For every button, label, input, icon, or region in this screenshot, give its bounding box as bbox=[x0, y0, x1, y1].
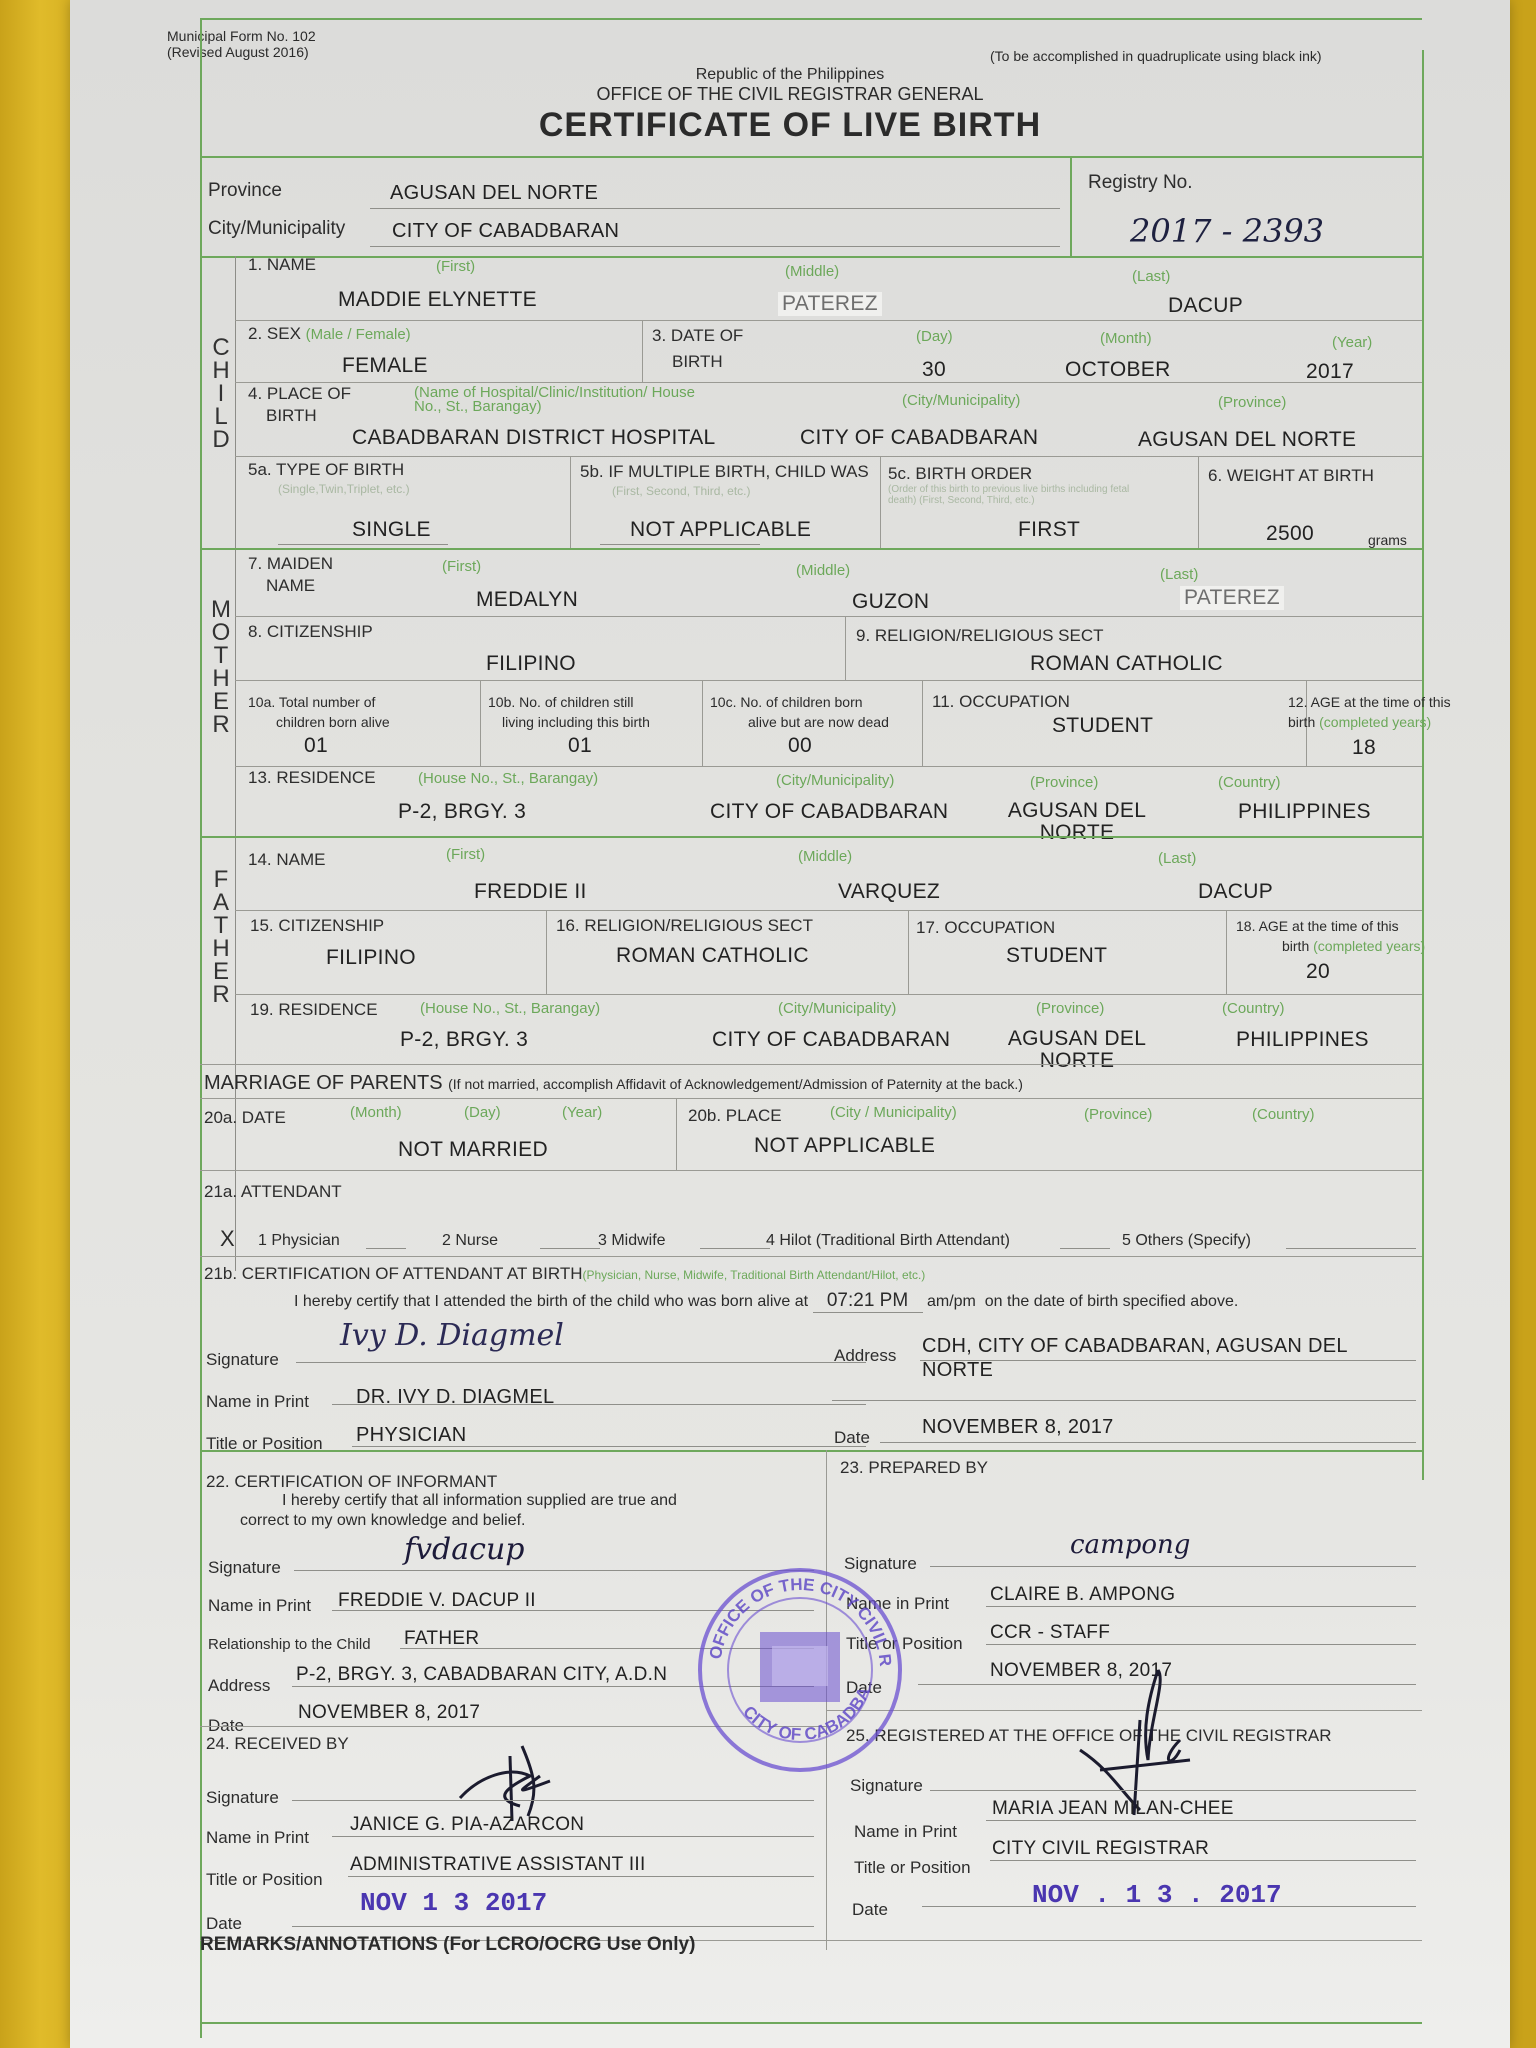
marriage-place[interactable]: NOT APPLICABLE bbox=[754, 1134, 935, 1158]
city-label: City/Municipality bbox=[208, 218, 345, 240]
city-value[interactable]: CITY OF CABADBARAN bbox=[392, 220, 619, 243]
cert-text: I hereby certify that I attended the bir… bbox=[294, 1293, 808, 1310]
father-last-name[interactable]: DACUP bbox=[1198, 880, 1273, 904]
marriage-note: (If not married, accomplish Affidavit of… bbox=[448, 1076, 1023, 1092]
dob-label-2: BIRTH bbox=[672, 352, 723, 372]
hint-multiple: (First, Second, Third, etc.) bbox=[612, 484, 751, 498]
col-line bbox=[676, 1098, 677, 1170]
attendant-signature-label: Signature bbox=[206, 1350, 279, 1370]
father-res-province[interactable]: AGUSAN DEL NORTE bbox=[1002, 1028, 1152, 1072]
received-label: 24. RECEIVED BY bbox=[206, 1734, 349, 1754]
hint-sex: (Male / Female) bbox=[306, 326, 411, 343]
col-line bbox=[546, 910, 547, 994]
attendant-address-label: Address bbox=[834, 1346, 896, 1366]
hint-city: (City/Municipality) bbox=[776, 772, 894, 789]
hint-first: (First) bbox=[446, 846, 485, 863]
divider-header bbox=[200, 156, 1422, 158]
hint-completed-years: (completed years) bbox=[1313, 938, 1425, 954]
province-line bbox=[370, 208, 1060, 209]
mother-res-country[interactable]: PHILIPPINES bbox=[1238, 800, 1371, 824]
row-line bbox=[235, 456, 1422, 457]
marriage-date-label: 20a. DATE bbox=[204, 1108, 286, 1128]
registered-name[interactable]: MARIA JEAN MILAN-CHEE bbox=[992, 1798, 1234, 1820]
hint-last: (Last) bbox=[1160, 566, 1198, 583]
registered-title-label: Title or Position bbox=[854, 1858, 971, 1878]
informant-date[interactable]: NOVEMBER 8, 2017 bbox=[298, 1702, 480, 1724]
address-line-2: NORTE bbox=[922, 1358, 1348, 1382]
child-birth-day[interactable]: 30 bbox=[922, 358, 946, 382]
page-title: CERTIFICATE OF LIVE BIRTH bbox=[70, 106, 1510, 145]
father-age[interactable]: 20 bbox=[1306, 960, 1330, 984]
c10a-label-2: children born alive bbox=[248, 712, 390, 732]
sex-label-text: 2. SEX bbox=[248, 324, 301, 343]
row-line bbox=[235, 616, 1422, 617]
attendant-name[interactable]: DR. IVY D. DIAGMEL bbox=[356, 1386, 554, 1409]
relationship-label: Relationship to the Child bbox=[208, 1636, 371, 1653]
received-date-label: Date bbox=[206, 1914, 242, 1934]
hint-city: (City / Municipality) bbox=[830, 1104, 957, 1121]
title-line bbox=[990, 1860, 1416, 1861]
c10b-label-1: 10b. No. of children still bbox=[488, 692, 650, 712]
received-signature[interactable] bbox=[450, 1736, 560, 1826]
attendant-option-nurse[interactable]: 2 Nurse bbox=[442, 1232, 498, 1250]
hint-city: (City/Municipality) bbox=[902, 392, 1020, 409]
mother-last-name[interactable]: PATEREZ bbox=[1180, 586, 1284, 610]
pob-label: 4. PLACE OF bbox=[248, 384, 351, 404]
birth-order[interactable]: FIRST bbox=[1018, 518, 1080, 542]
hint-province: (Province) bbox=[1084, 1106, 1152, 1123]
option-line bbox=[540, 1248, 600, 1249]
attendant-mark[interactable]: X bbox=[220, 1226, 235, 1252]
mother-first-name[interactable]: MEDALYN bbox=[476, 588, 578, 612]
father-age-label: 18. AGE at the time of this birth (compl… bbox=[1236, 916, 1425, 956]
section-label-child: CHILD bbox=[210, 336, 232, 451]
attendant-date-label: Date bbox=[834, 1428, 870, 1448]
hint-completed-years: (completed years) bbox=[1319, 714, 1431, 730]
marriage-place-label: 20b. PLACE bbox=[688, 1106, 782, 1126]
col-line bbox=[1198, 456, 1199, 548]
province-value[interactable]: AGUSAN DEL NORTE bbox=[390, 182, 598, 205]
marriage-heading: MARRIAGE OF PARENTS (If not married, acc… bbox=[204, 1072, 1023, 1095]
attendant-cert-text: I hereby certify that I attended the bir… bbox=[294, 1290, 1238, 1313]
col-line bbox=[1226, 910, 1227, 994]
hint-middle: (Middle) bbox=[785, 263, 839, 280]
marriage-heading-text: MARRIAGE OF PARENTS bbox=[204, 1072, 443, 1094]
row-line bbox=[200, 1256, 1422, 1257]
informant-address[interactable]: P-2, BRGY. 3, CABADBARAN CITY, A.D.N bbox=[296, 1664, 667, 1686]
form-number: Municipal Form No. 102 (Revised August 2… bbox=[167, 28, 316, 60]
col-line bbox=[880, 456, 881, 548]
children-dead[interactable]: 00 bbox=[788, 734, 812, 758]
address-line-1: CDH, CITY OF CABADBARAN, AGUSAN DEL bbox=[922, 1334, 1348, 1358]
col-line bbox=[908, 910, 909, 994]
others-line bbox=[1286, 1248, 1416, 1249]
cert-label-text: 21b. CERTIFICATION OF ATTENDANT AT BIRTH bbox=[204, 1264, 582, 1283]
multiple-line bbox=[600, 544, 760, 545]
informant-text-2: correct to my own knowledge and belief. bbox=[240, 1512, 525, 1530]
republic-heading: Republic of the Philippines bbox=[70, 66, 1510, 84]
attendant-date[interactable]: NOVEMBER 8, 2017 bbox=[922, 1416, 1114, 1439]
prepared-name[interactable]: CLAIRE B. AMPONG bbox=[990, 1584, 1175, 1606]
civil-registrar-seal: OFFICE OF THE CITY CIVIL REGISTRAR CITY … bbox=[690, 1560, 910, 1780]
col-line bbox=[702, 680, 703, 766]
attendant-signature[interactable]: Ivy D. Diagmel bbox=[340, 1318, 564, 1353]
hint-year: (Year) bbox=[562, 1104, 602, 1121]
birth-order-label: 5c. BIRTH ORDER bbox=[888, 464, 1032, 484]
birth-time[interactable]: 07:21 PM bbox=[813, 1290, 923, 1313]
type-of-birth-label: 5a. TYPE OF BIRTH bbox=[248, 460, 404, 480]
age-label-2: birth bbox=[1288, 714, 1315, 730]
name-line bbox=[986, 1606, 1416, 1607]
children-born-alive[interactable]: 01 bbox=[304, 734, 328, 758]
children-living[interactable]: 01 bbox=[568, 734, 592, 758]
col-line bbox=[570, 456, 571, 548]
col-line bbox=[922, 680, 923, 766]
hint-country: (Country) bbox=[1218, 774, 1281, 791]
mother-age[interactable]: 18 bbox=[1352, 736, 1376, 760]
age-label-1: 18. AGE at the time of this bbox=[1236, 916, 1425, 936]
prepared-label: 23. PREPARED BY bbox=[840, 1458, 988, 1478]
ampm-text: am/pm bbox=[927, 1293, 976, 1310]
row-line bbox=[235, 320, 1422, 321]
father-occupation[interactable]: STUDENT bbox=[1006, 944, 1107, 968]
divider-father-top bbox=[200, 836, 1422, 838]
border-bottom bbox=[200, 2022, 1422, 2024]
birth-province[interactable]: AGUSAN DEL NORTE bbox=[1138, 428, 1356, 452]
child-sex[interactable]: FEMALE bbox=[342, 354, 428, 378]
remarks-label: REMARKS/ANNOTATIONS (For LCRO/OCRG Use O… bbox=[200, 1934, 695, 1956]
attendant-title[interactable]: PHYSICIAN bbox=[356, 1424, 467, 1447]
sex-label: 2. SEX (Male / Female) bbox=[248, 324, 411, 344]
received-title-label: Title or Position bbox=[206, 1870, 323, 1890]
father-res-city[interactable]: CITY OF CABADBARAN bbox=[712, 1028, 950, 1052]
hint-province: (Province) bbox=[1030, 774, 1098, 791]
father-religion-label: 16. RELIGION/RELIGIOUS SECT bbox=[556, 916, 813, 936]
type-of-birth[interactable]: SINGLE bbox=[352, 518, 431, 542]
attendant-option-others[interactable]: 5 Others (Specify) bbox=[1122, 1232, 1251, 1250]
attendant-address[interactable]: CDH, CITY OF CABADBARAN, AGUSAN DEL NORT… bbox=[922, 1334, 1348, 1382]
registered-signature[interactable] bbox=[1030, 1660, 1210, 1820]
child-birth-year[interactable]: 2017 bbox=[1306, 360, 1354, 384]
attendant-option-physician[interactable]: 1 Physician bbox=[258, 1232, 340, 1250]
mother-occupation[interactable]: STUDENT bbox=[1052, 714, 1153, 738]
attendant-label: 21a. ATTENDANT bbox=[204, 1182, 342, 1202]
child-last-name[interactable]: DACUP bbox=[1168, 294, 1243, 318]
informant-relationship[interactable]: FATHER bbox=[404, 1628, 479, 1650]
row-line bbox=[200, 1170, 1422, 1171]
signature-line bbox=[292, 1800, 814, 1801]
informant-address-label: Address bbox=[208, 1676, 270, 1696]
dob-label: 3. DATE OF bbox=[652, 326, 743, 346]
hint-year: (Year) bbox=[1332, 334, 1372, 351]
col-line bbox=[845, 616, 846, 680]
divider-mother-top bbox=[200, 548, 1422, 550]
title-line bbox=[352, 1446, 866, 1447]
multiple-birth-label: 5b. IF MULTIPLE BIRTH, CHILD WAS bbox=[580, 462, 869, 482]
father-citizenship-label: 15. CITIZENSHIP bbox=[250, 916, 384, 936]
date-line bbox=[880, 1442, 1416, 1443]
province-label: Province bbox=[208, 180, 282, 202]
informant-label: 22. CERTIFICATION OF INFORMANT bbox=[206, 1472, 497, 1492]
pob-label-2: BIRTH bbox=[266, 406, 317, 426]
section-label-father: FATHER bbox=[210, 868, 232, 1006]
hint-last: (Last) bbox=[1158, 850, 1196, 867]
hint-first: (First) bbox=[436, 258, 475, 275]
hint-last: (Last) bbox=[1132, 268, 1170, 285]
father-name-label: 14. NAME bbox=[248, 850, 325, 870]
informant-signature[interactable]: fvdacup bbox=[404, 1532, 524, 1567]
registered-title[interactable]: CITY CIVIL REGISTRAR bbox=[992, 1838, 1209, 1860]
hint-house: (House No., St., Barangay) bbox=[420, 1000, 600, 1017]
hint-day: (Day) bbox=[464, 1104, 501, 1121]
row-line bbox=[235, 680, 1422, 681]
hint-middle: (Middle) bbox=[796, 562, 850, 579]
attendant-option-midwife[interactable]: 3 Midwife bbox=[598, 1232, 666, 1250]
type-line bbox=[278, 544, 448, 545]
registered-date-label: Date bbox=[852, 1900, 888, 1920]
prepared-signature[interactable]: campong bbox=[1070, 1530, 1190, 1560]
received-name[interactable]: JANICE G. PIA-AZARCON bbox=[350, 1814, 584, 1836]
child-name-label: 1. NAME bbox=[248, 255, 316, 275]
col-line bbox=[480, 680, 481, 766]
title-line bbox=[348, 1876, 814, 1877]
c10a-label: 10a. Total number of children born alive bbox=[248, 692, 390, 732]
c10c-label-2: alive but are now dead bbox=[710, 712, 889, 732]
father-res-country[interactable]: PHILIPPINES bbox=[1236, 1028, 1369, 1052]
received-signature-label: Signature bbox=[206, 1788, 279, 1808]
c10c-label: 10c. No. of children born alive but are … bbox=[710, 692, 889, 732]
divider-22 bbox=[200, 1450, 1422, 1452]
divider-child-top bbox=[200, 256, 1422, 258]
hint-first: (First) bbox=[442, 558, 481, 575]
c10c-label-1: 10c. No. of children born bbox=[710, 692, 889, 712]
certificate-document: Municipal Form No. 102 (Revised August 2… bbox=[70, 0, 1510, 2048]
hint-day: (Day) bbox=[916, 328, 953, 345]
received-name-label: Name in Print bbox=[206, 1828, 309, 1848]
marriage-date[interactable]: NOT MARRIED bbox=[398, 1138, 548, 1162]
border-right bbox=[1422, 50, 1424, 1480]
border-top bbox=[200, 18, 1422, 20]
address-line-b bbox=[832, 1400, 1416, 1401]
attendant-option-hilot[interactable]: 4 Hilot (Traditional Birth Attendant) bbox=[766, 1232, 1010, 1250]
age-label-2: birth bbox=[1282, 938, 1309, 954]
registry-number[interactable]: 2017 - 2393 bbox=[1130, 212, 1324, 250]
cert-tail: on the date of birth specified above. bbox=[985, 1293, 1239, 1310]
mother-citizenship[interactable]: FILIPINO bbox=[486, 652, 576, 676]
row-line bbox=[235, 382, 1422, 383]
c10b-label-2: living including this birth bbox=[488, 712, 650, 732]
row-line bbox=[235, 766, 1422, 767]
title-line bbox=[986, 1644, 1416, 1645]
date-line bbox=[922, 1906, 1416, 1907]
weight-label: 6. WEIGHT AT BIRTH bbox=[1208, 466, 1374, 486]
father-residence-label: 19. RESIDENCE bbox=[250, 1000, 378, 1020]
mother-religion[interactable]: ROMAN CATHOLIC bbox=[1030, 652, 1223, 676]
form-no-text: Municipal Form No. 102 bbox=[167, 28, 316, 44]
hint-country: (Country) bbox=[1252, 1106, 1315, 1123]
registry-divider bbox=[1070, 156, 1072, 256]
mother-name-label-2: NAME bbox=[266, 576, 315, 596]
name-line bbox=[986, 1820, 1416, 1821]
option-line bbox=[366, 1248, 406, 1249]
c10a-label-1: 10a. Total number of bbox=[248, 692, 390, 712]
name-line bbox=[332, 1836, 814, 1837]
option-line bbox=[700, 1248, 770, 1249]
option-line bbox=[1060, 1248, 1110, 1249]
hint-type: (Single,Twin,Triplet, etc.) bbox=[278, 482, 410, 496]
row-line bbox=[200, 1098, 1422, 1099]
registry-label: Registry No. bbox=[1088, 172, 1193, 194]
address-line bbox=[920, 1360, 1416, 1361]
name-line bbox=[332, 1404, 866, 1405]
hint-month: (Month) bbox=[1100, 330, 1152, 347]
border-left bbox=[200, 18, 202, 2038]
child-middle-name[interactable]: PATEREZ bbox=[778, 292, 882, 316]
c10b-label: 10b. No. of children still living includ… bbox=[488, 692, 650, 732]
informant-name-label: Name in Print bbox=[208, 1596, 311, 1616]
row-line bbox=[235, 910, 1422, 911]
child-first-name[interactable]: MADDIE ELYNETTE bbox=[338, 288, 537, 312]
prepared-title[interactable]: CCR - STAFF bbox=[990, 1622, 1110, 1644]
section-label-mother: MOTHER bbox=[210, 598, 232, 736]
hint-attendant-types: (Physician, Nurse, Midwife, Traditional … bbox=[582, 1268, 925, 1282]
attendant-name-label: Name in Print bbox=[206, 1392, 309, 1412]
mother-citizenship-label: 8. CITIZENSHIP bbox=[248, 622, 373, 642]
hint-month: (Month) bbox=[350, 1104, 402, 1121]
father-middle-name[interactable]: VARQUEZ bbox=[838, 880, 940, 904]
hint-province: (Province) bbox=[1036, 1000, 1104, 1017]
mother-name-label: 7. MAIDEN bbox=[248, 554, 333, 574]
mother-middle-name[interactable]: GUZON bbox=[852, 590, 929, 614]
weight-unit: grams bbox=[1368, 532, 1407, 548]
received-title[interactable]: ADMINISTRATIVE ASSISTANT III bbox=[350, 1854, 646, 1876]
birth-city[interactable]: CITY OF CABADBARAN bbox=[800, 426, 1038, 450]
attendant-cert-label: 21b. CERTIFICATION OF ATTENDANT AT BIRTH… bbox=[204, 1264, 925, 1284]
row-line bbox=[200, 1064, 1422, 1065]
father-res-house[interactable]: P-2, BRGY. 3 bbox=[400, 1028, 528, 1052]
mother-age-label: 12. AGE at the time of this birth (compl… bbox=[1318, 692, 1416, 732]
mother-res-house[interactable]: P-2, BRGY. 3 bbox=[398, 800, 526, 824]
date-line bbox=[292, 1926, 814, 1927]
col-line bbox=[642, 320, 643, 382]
hint-house: (House No., St., Barangay) bbox=[418, 770, 598, 787]
received-date-stamp[interactable]: NOV 1 3 2017 bbox=[360, 1888, 547, 1918]
hint-middle: (Middle) bbox=[798, 848, 852, 865]
mother-occupation-label: 11. OCCUPATION bbox=[932, 692, 1070, 712]
informant-signature-label: Signature bbox=[208, 1558, 281, 1578]
birth-hospital[interactable]: CABADBARAN DISTRICT HOSPITAL bbox=[352, 426, 716, 450]
city-line bbox=[370, 246, 1060, 247]
hint-province: (Province) bbox=[1218, 394, 1286, 411]
hint-order: (Order of this birth to previous live bi… bbox=[888, 484, 1148, 506]
mother-res-city[interactable]: CITY OF CABADBARAN bbox=[710, 800, 948, 824]
child-birth-month[interactable]: OCTOBER bbox=[1065, 358, 1171, 382]
birth-weight[interactable]: 2500 bbox=[1266, 522, 1314, 546]
signature-line bbox=[296, 1362, 866, 1363]
age-label-1: 12. AGE at the time of this bbox=[1288, 692, 1416, 712]
row-line bbox=[235, 994, 1422, 995]
hint-city: (City/Municipality) bbox=[778, 1000, 896, 1017]
hint-hospital: (Name of Hospital/Clinic/Institution/ Ho… bbox=[414, 386, 704, 414]
revised-text: (Revised August 2016) bbox=[167, 44, 316, 60]
father-first-name[interactable]: FREDDIE II bbox=[474, 880, 587, 904]
hint-country: (Country) bbox=[1222, 1000, 1285, 1017]
father-citizenship[interactable]: FILIPINO bbox=[326, 946, 416, 970]
ink-instruction: (To be accomplished in quadruplicate usi… bbox=[990, 48, 1322, 64]
office-heading: OFFICE OF THE CIVIL REGISTRAR GENERAL bbox=[70, 84, 1510, 105]
informant-name[interactable]: FREDDIE V. DACUP II bbox=[338, 1590, 536, 1612]
registered-name-label: Name in Print bbox=[854, 1822, 957, 1842]
signature-line bbox=[930, 1790, 1416, 1791]
father-occupation-label: 17. OCCUPATION bbox=[916, 918, 1055, 938]
informant-text-1: I hereby certify that all information su… bbox=[282, 1492, 677, 1510]
mother-religion-label: 9. RELIGION/RELIGIOUS SECT bbox=[856, 626, 1104, 646]
multiple-birth[interactable]: NOT APPLICABLE bbox=[630, 518, 811, 542]
signature-line bbox=[930, 1566, 1416, 1567]
mother-residence-label: 13. RESIDENCE bbox=[248, 768, 376, 788]
father-religion[interactable]: ROMAN CATHOLIC bbox=[616, 944, 809, 968]
